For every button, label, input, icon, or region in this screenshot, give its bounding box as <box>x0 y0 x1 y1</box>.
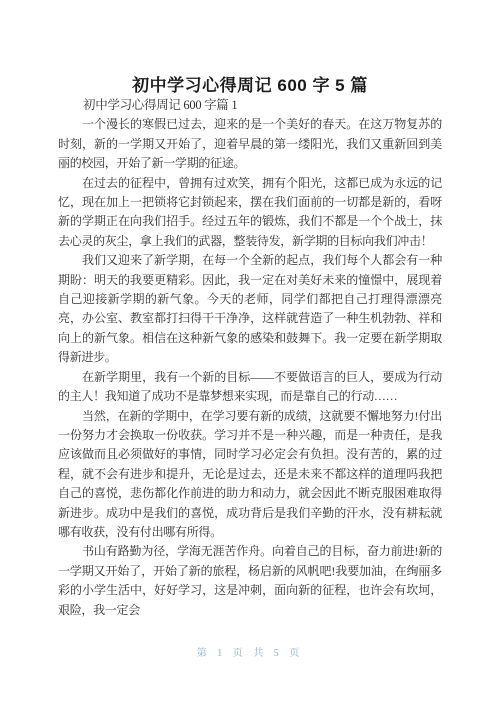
paragraph: 一个漫长的寒假已过去，迎来的是一个美好的春天。在这万物复苏的时刻，新的一学期又开… <box>58 115 442 173</box>
section-heading: 初中学习心得周记 600 字篇 1 <box>58 96 442 115</box>
paragraph: 当然，在新的学期中，在学习要有新的成绩，这就要不懈地努力!付出一份努力才会换取一… <box>58 407 442 543</box>
paragraph: 在新学期里，我有一个新的目标——不要做语言的巨人，要成为行动的主人！我知道了成功… <box>58 368 442 407</box>
page-title: 初中学习心得周记 600 字 5 篇 <box>0 0 500 96</box>
page-number-footer: 第 1 页 共 5 页 <box>0 644 500 659</box>
document-page: 初中学习心得周记 600 字 5 篇 初中学习心得周记 600 字篇 1 一个漫… <box>0 0 500 707</box>
paragraph: 在过去的征程中，曾拥有过欢笑，拥有个阳光，这都已成为永远的记忆，现在加上一把锁将… <box>58 174 442 252</box>
document-body: 初中学习心得周记 600 字篇 1 一个漫长的寒假已过去，迎来的是一个美好的春天… <box>0 96 500 620</box>
paragraph: 书山有路勤为径，学海无涯苦作舟。向着自己的目标，奋力前进!新的一学期又开始了，开… <box>58 542 442 620</box>
paragraph: 我们又迎来了新学期，在每一个全新的起点，我们每个人都会有一种期盼：明天的我要更精… <box>58 251 442 367</box>
